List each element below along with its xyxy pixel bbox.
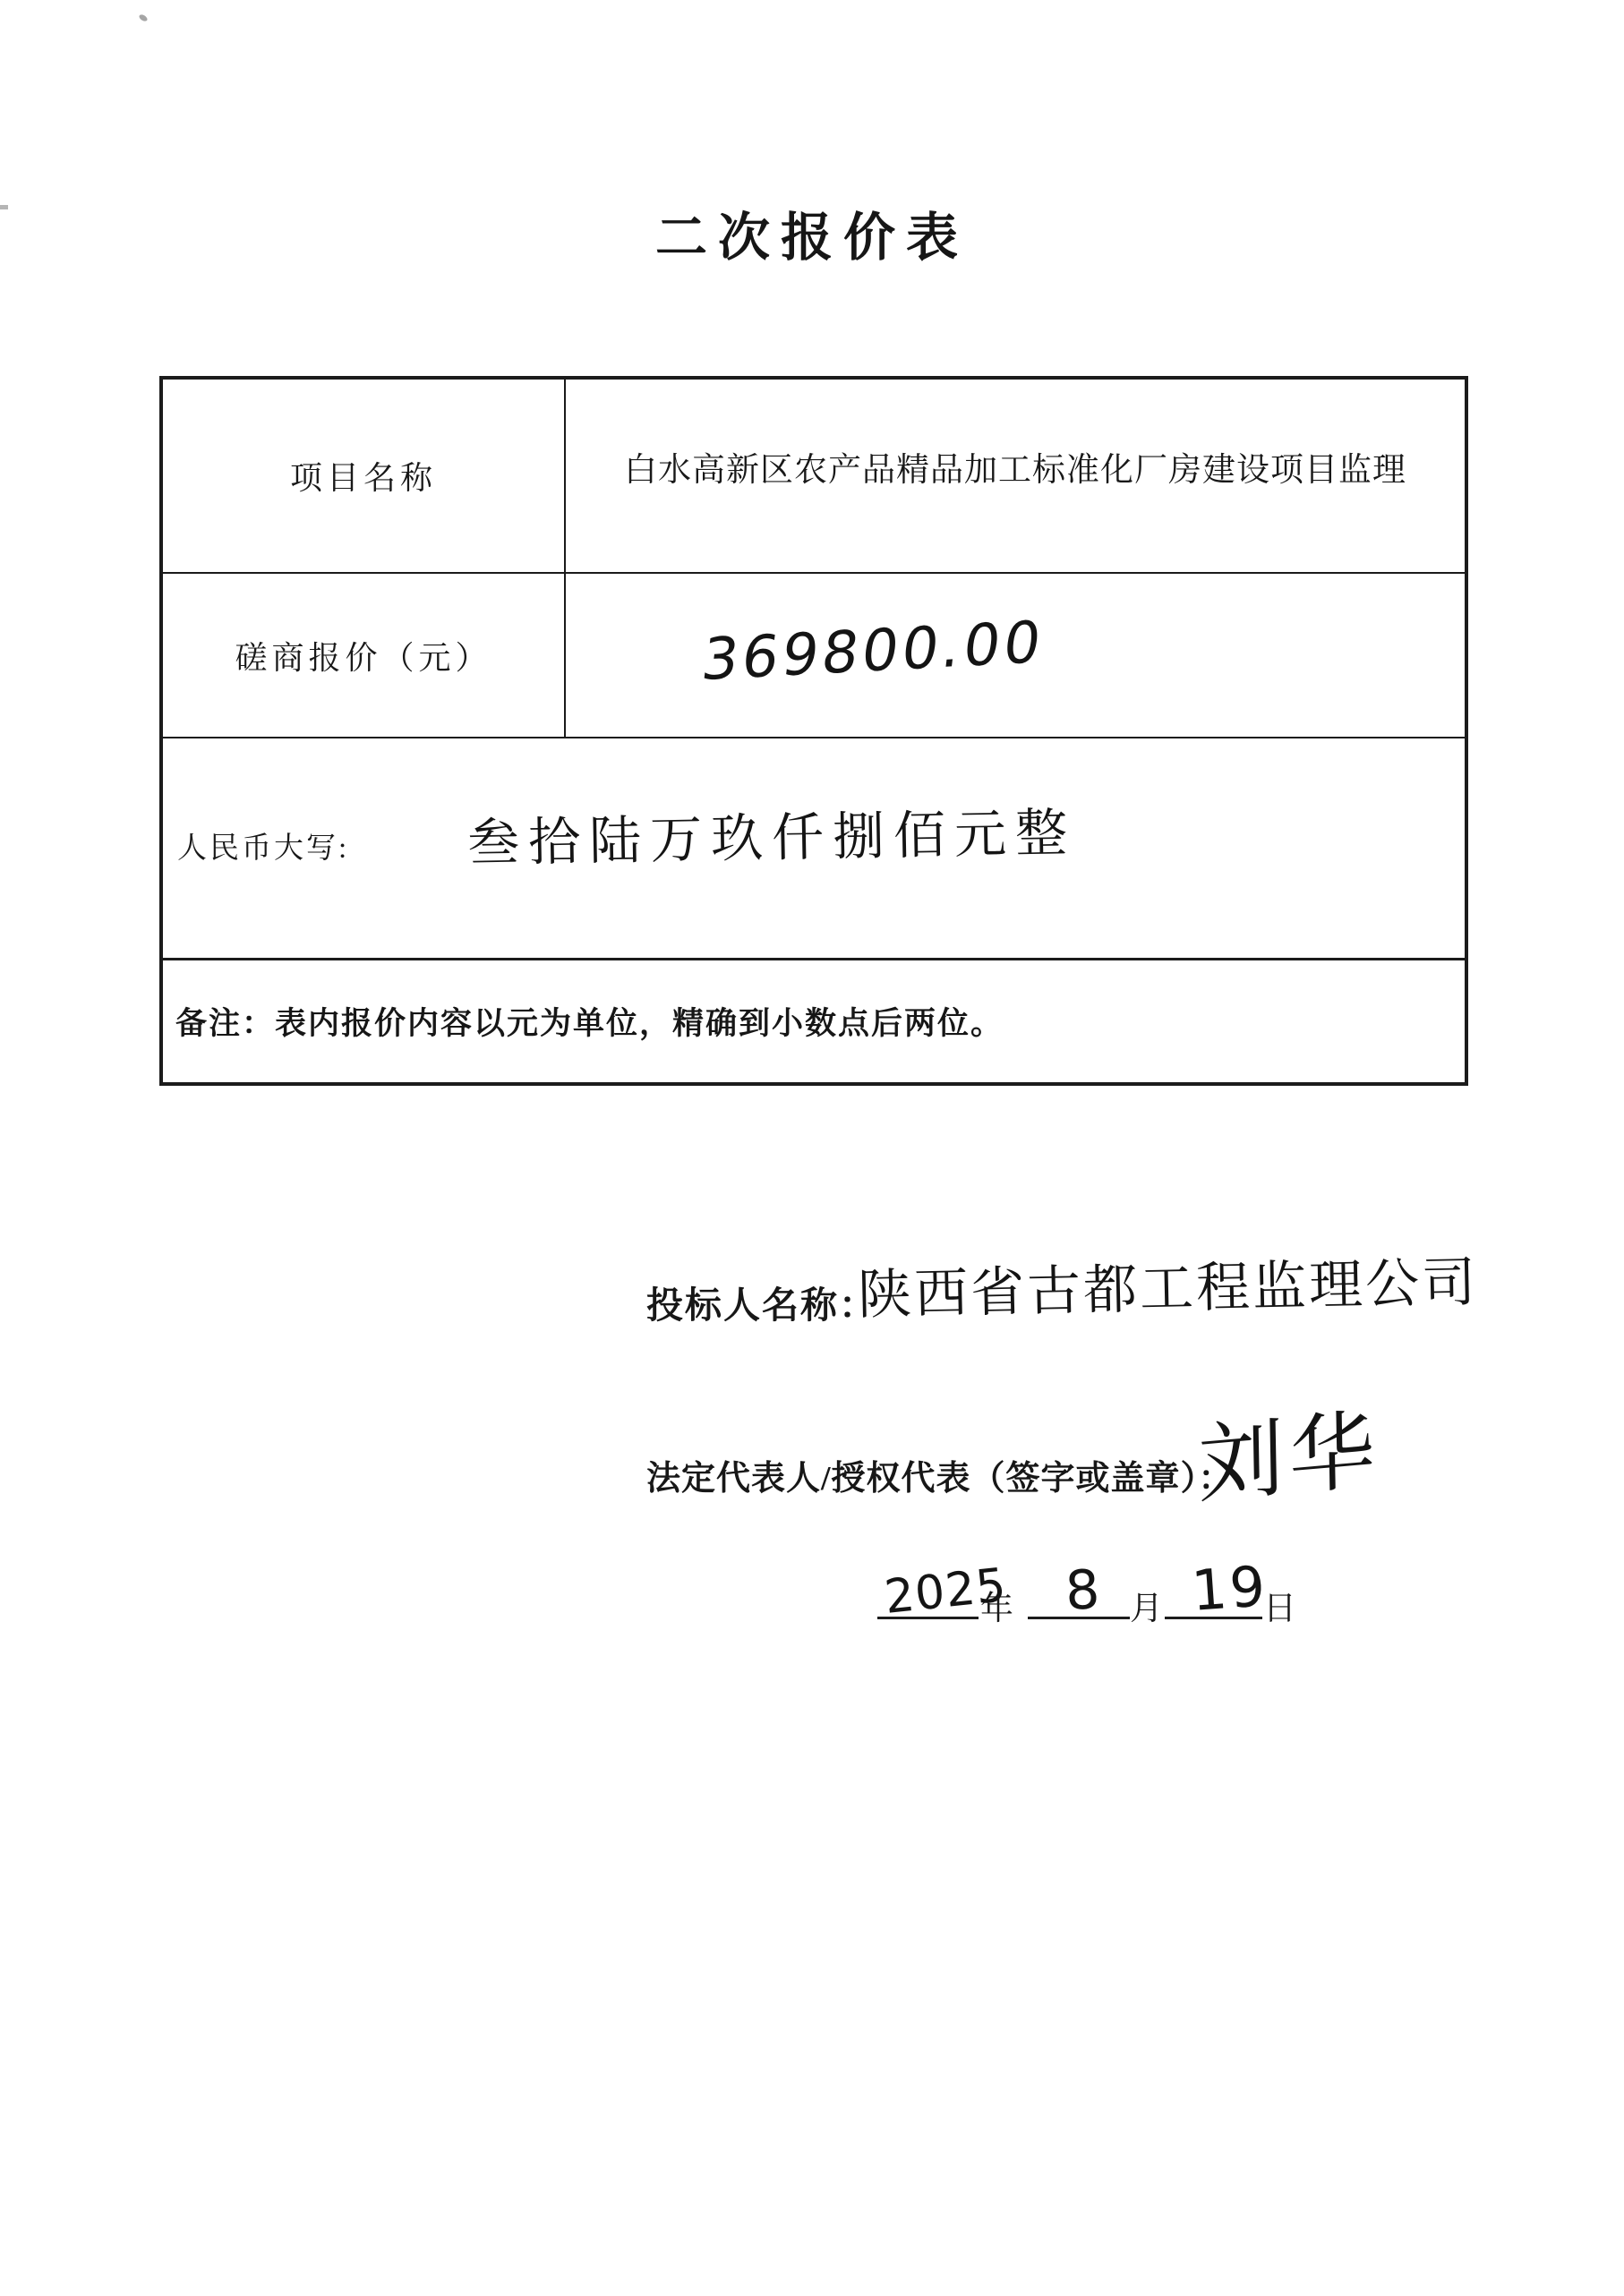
note-text: 备注：表内报价内容以元为单位，精确到小数点后两位。 xyxy=(175,999,1004,1044)
date-month-handwritten: 8 xyxy=(1064,1558,1101,1623)
scanned-document-page: 二次报价表 项目名称 白水高新区农产品精品加工标准化厂房建设项目监理 磋商报价（… xyxy=(0,0,1624,2296)
project-name-value: 白水高新区农产品精品加工标准化厂房建设项目监理 xyxy=(624,442,1406,491)
date-day-handwritten: 19 xyxy=(1190,1553,1270,1624)
table-row-note: 备注：表内报价内容以元为单位，精确到小数点后两位。 xyxy=(163,958,1465,1082)
page-title: 二次报价表 xyxy=(0,195,1624,270)
table-row-quote: 磋商报价（元） 369800.00 xyxy=(163,572,1465,737)
date-year-label: 年 xyxy=(980,1581,1013,1629)
quote-label: 磋商报价（元） xyxy=(163,574,566,737)
scan-speck-artifact xyxy=(138,13,149,22)
amount-words-cell: 人民币大写: 叁拾陆万玖仟捌佰元整 xyxy=(163,738,1465,958)
project-name-label: 项目名称 xyxy=(163,380,566,572)
quote-value-cell: 369800.00 xyxy=(566,574,1465,737)
quote-value-handwritten: 369800.00 xyxy=(698,610,1048,695)
quotation-table: 项目名称 白水高新区农产品精品加工标准化厂房建设项目监理 磋商报价（元） 369… xyxy=(159,376,1468,1086)
representative-label: 法定代表人/授权代表（签字或盖章）： xyxy=(646,1450,1234,1499)
date-day-label: 日 xyxy=(1263,1581,1296,1629)
signature-handwritten: 刘华 xyxy=(1197,1381,1381,1520)
table-row-project-name: 项目名称 白水高新区农产品精品加工标准化厂房建设项目监理 xyxy=(163,380,1465,572)
amount-words-label: 人民币大写: xyxy=(177,824,349,866)
bidder-name-label: 投标人名称： xyxy=(646,1276,877,1328)
project-name-cell: 白水高新区农产品精品加工标准化厂房建设项目监理 xyxy=(566,380,1465,572)
bidder-name-handwritten: 陕西省古都工程监理公司 xyxy=(857,1240,1479,1329)
amount-words-handwritten: 叁拾陆万玖仟捌佰元整 xyxy=(466,790,1076,876)
table-row-amount-words: 人民币大写: 叁拾陆万玖仟捌佰元整 xyxy=(163,737,1465,958)
date-month-label: 月 xyxy=(1130,1581,1163,1629)
